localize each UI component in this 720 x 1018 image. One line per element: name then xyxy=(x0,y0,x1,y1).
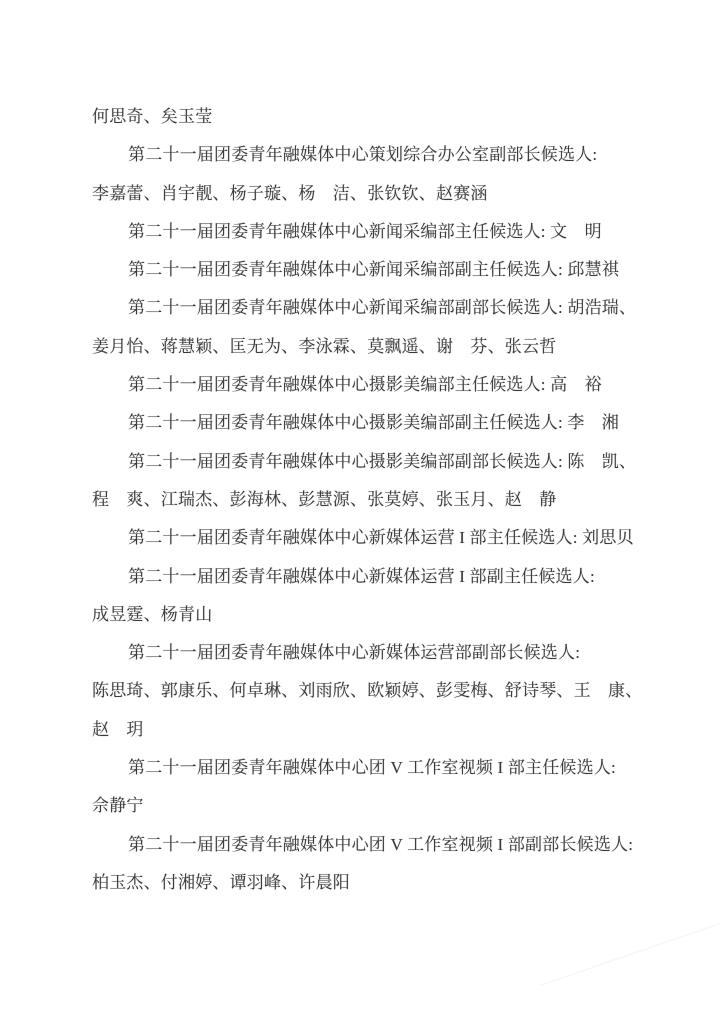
document-page: 何思奇、矣玉莹 第二十一届团委青年融媒体中心策划综合办公室副部长候选人: 李嘉蕾… xyxy=(0,0,720,1018)
text-line: 柏玉杰、付湘婷、谭羽峰、许晨阳 xyxy=(92,864,632,902)
text-line: 第二十一届团委青年融媒体中心团 V 工作室视频 I 部副部长候选人: xyxy=(92,826,632,864)
document-text-block: 何思奇、矣玉莹 第二十一届团委青年融媒体中心策划综合办公室副部长候选人: 李嘉蕾… xyxy=(92,98,632,902)
text-line: 李嘉蕾、肖宇靓、杨子璇、杨 洁、张钦钦、赵赛涵 xyxy=(92,175,632,213)
text-line: 第二十一届团委青年融媒体中心新闻采编部主任候选人: 文 明 xyxy=(92,213,632,251)
text-line: 姜月怡、蒋慧颖、匡无为、李泳霖、莫飘遥、谢 芬、张云哲 xyxy=(92,328,632,366)
text-line: 第二十一届团委青年融媒体中心策划综合办公室副部长候选人: xyxy=(92,136,632,174)
text-line: 第二十一届团委青年融媒体中心团 V 工作室视频 I 部主任候选人: xyxy=(92,749,632,787)
text-line: 第二十一届团委青年融媒体中心摄影美编部副主任候选人: 李 湘 xyxy=(92,404,632,442)
text-line: 第二十一届团委青年融媒体中心新闻采编部副主任候选人: 邱慧祺 xyxy=(92,251,632,289)
text-line: 佘静宁 xyxy=(92,787,632,825)
text-line: 第二十一届团委青年融媒体中心摄影美编部副部长候选人: 陈 凯、 xyxy=(92,443,632,481)
text-line: 第二十一届团委青年融媒体中心新闻采编部副部长候选人: 胡浩瑞、 xyxy=(92,289,632,327)
text-line: 赵 玥 xyxy=(92,711,632,749)
text-line: 成昱霆、杨青山 xyxy=(92,596,632,634)
text-line: 程 爽、江瑞杰、彭海林、彭慧源、张莫婷、张玉月、赵 静 xyxy=(92,481,632,519)
text-line: 陈思琦、郭康乐、何卓琳、刘雨欣、欧颖婷、彭雯梅、舒诗琴、王 康、 xyxy=(92,672,632,710)
text-line: 第二十一届团委青年融媒体中心摄影美编部主任候选人: 高 裕 xyxy=(92,366,632,404)
page-fold-artifact xyxy=(540,923,720,986)
text-line: 第二十一届团委青年融媒体中心新媒体运营 I 部副主任候选人: xyxy=(92,558,632,596)
text-line: 何思奇、矣玉莹 xyxy=(92,98,632,136)
text-line: 第二十一届团委青年融媒体中心新媒体运营 I 部主任候选人: 刘思贝 xyxy=(92,519,632,557)
text-line: 第二十一届团委青年融媒体中心新媒体运营部副部长候选人: xyxy=(92,634,632,672)
